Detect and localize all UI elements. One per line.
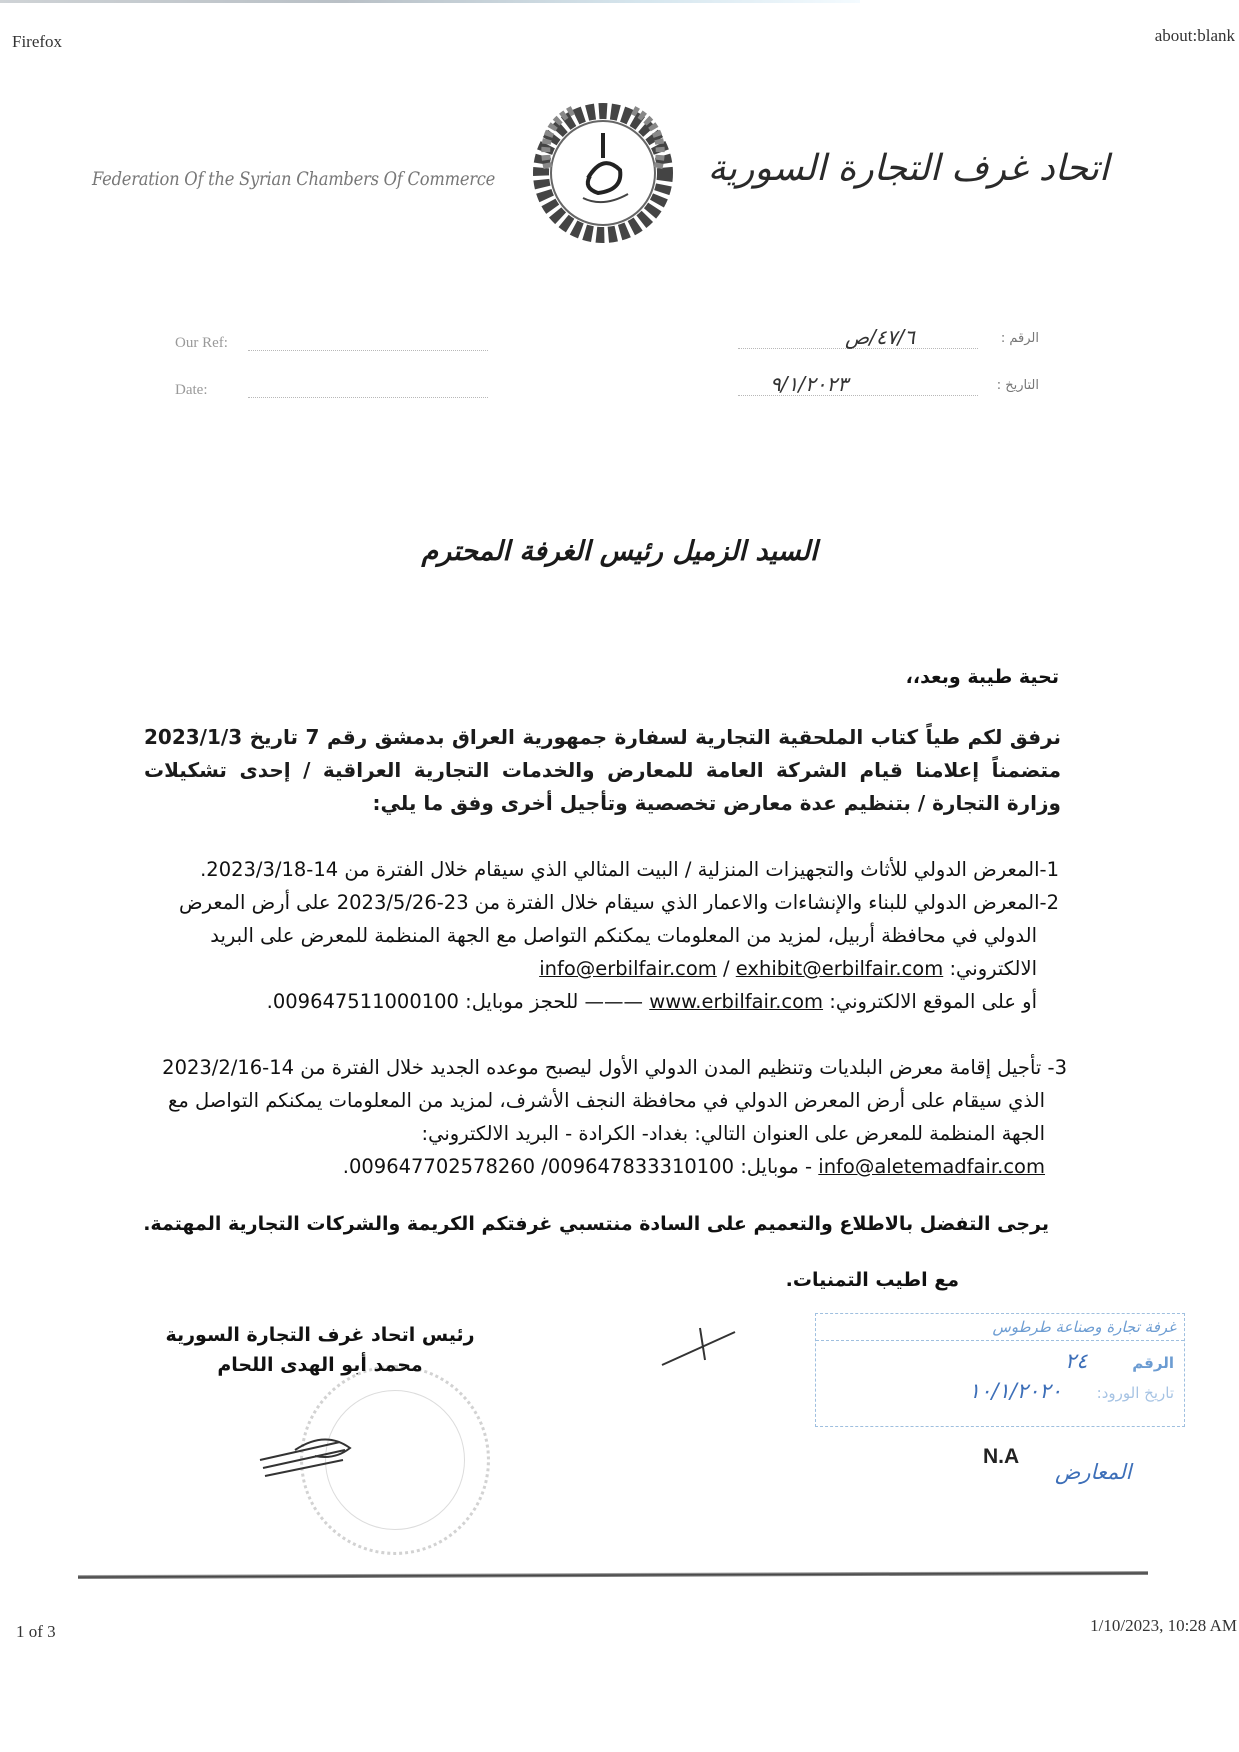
list-item-3-contacts: info@aletemadfair.com - موبايل: 00964783… [142,1150,1067,1183]
exhibitions-list: 1-المعرض الدولي للأثاث والتجهيزات المنزل… [150,853,1059,1018]
stamp-date-value: ١٠/١/٢٠٢٠ [969,1379,1062,1403]
list-item-2: 2-المعرض الدولي للبناء والإنشاءات والاعم… [150,886,1059,919]
received-stamp: غرفة تجارة وصناعة طرطوس الرقم ٢٤ تاريخ ا… [815,1313,1185,1427]
email-link-info[interactable]: info@erbilfair.com [539,952,717,985]
list-item-1: 1-المعرض الدولي للأثاث والتجهيزات المنزل… [150,853,1059,886]
browser-app-name: Firefox [12,32,62,52]
mobile-numbers: 009647833310100/ 009647702578260. [343,1155,734,1178]
our-ref-label: Our Ref: [175,335,228,352]
item-number: 2- [1040,891,1059,914]
footer-rule [78,1571,1148,1579]
list-item-2-cont: الدولي في محافظة أربيل، لمزيد من المعلوم… [150,919,1059,952]
list-item-2-emails: الالكتروني: exhibit@erbilfair.com / info… [150,952,1059,985]
scan-edge [0,0,860,3]
page-indicator: 1 of 3 [16,1622,56,1642]
item-text: تأجيل إقامة معرض البلديات وتنظيم المدن ا… [162,1056,1041,1079]
list-item-3-line2: الذي سيقام على أرض المعرض الدولي في محاف… [142,1084,1067,1117]
list-item-2-website: أو على الموقع الالكتروني: www.erbilfair.… [150,985,1059,1018]
website-label: أو على الموقع الالكتروني: [829,990,1037,1013]
email-separator: / [723,957,730,980]
mobile-label: - موبايل: [740,1155,812,1178]
stamp-number-row: الرقم ٢٤ [816,1341,1184,1373]
intro-paragraph: نرفق لكم طياً كتاب الملحقية التجارية لسف… [144,721,1061,820]
list-item-3-line3: الجهة المنظمة للمعرض على العنوان التالي:… [142,1117,1067,1150]
date-label: Date: [175,382,207,399]
stamp-header: غرفة تجارة وصناعة طرطوس [816,1314,1184,1341]
our-ref-line [248,350,488,351]
signature-block: رئيس اتحاد غرف التجارة السورية محمد أبو … [150,1320,490,1380]
date-value: ٩/١/٢٠٢٣ [770,372,848,396]
best-wishes: مع اطيب التمنيات. [786,1269,959,1291]
closing-request: يرجى التفضل بالاطلاع والتعميم على السادة… [143,1213,1049,1235]
email-link-exhibit[interactable]: exhibit@erbilfair.com [736,952,943,985]
salutation: السيد الزميل رئيس الغرفة المحترم [0,536,1239,567]
signature-scribble-icon [255,1420,365,1480]
booking-phone: 009647511000100. [267,990,459,1013]
list-item-3-line1: 3- تأجيل إقامة معرض البلديات وتنظيم المد… [142,1051,1067,1084]
initial-mark-icon [660,1320,740,1370]
stamp-date-row: تاريخ الورود: ١٠/١/٢٠٢٠ [816,1373,1184,1403]
date-line [248,397,488,398]
list-item-3: 3- تأجيل إقامة معرض البلديات وتنظيم المد… [142,1051,1067,1183]
ref-label-ar: الرقم : [1001,331,1039,346]
handwritten-note: المعارض [1055,1460,1131,1484]
print-timestamp: 1/10/2023, 10:28 AM [1090,1616,1237,1636]
browser-url: about:blank [1155,26,1235,46]
stamp-number-label: الرقم [1132,1354,1174,1372]
stamp-date-label: تاريخ الورود: [1097,1384,1174,1402]
greeting: تحية طيبة وبعد،، [906,666,1059,688]
letterhead-english-name: Federation Of the Syrian Chambers Of Com… [92,168,495,190]
federation-emblem-icon [528,98,678,248]
item-number: 1- [1040,858,1059,881]
date-label-ar: التاريخ : [997,378,1039,393]
ref-value: ٤٧/٦/ص [845,325,915,349]
booking-label: للحجز موبايل: [465,990,578,1013]
signatory-title: رئيس اتحاد غرف التجارة السورية [150,1320,490,1350]
item-text: المعرض الدولي للأثاث والتجهيزات المنزلية… [200,858,1039,881]
website-link[interactable]: www.erbilfair.com [649,985,823,1018]
stamp-number-value: ٢٤ [1065,1349,1088,1373]
initials: N.A [983,1445,1019,1469]
email-label: الالكتروني: [949,957,1037,980]
signatory-name: محمد أبو الهدى اللحام [150,1350,490,1380]
email-link-aletemad[interactable]: info@aletemadfair.com [818,1150,1045,1183]
item-number: 3- [1048,1056,1067,1079]
letterhead-arabic-name: اتحاد غرف التجارة السورية [708,148,1109,189]
item-text: المعرض الدولي للبناء والإنشاءات والاعمار… [179,891,1040,914]
dash-separator: ——— [585,990,644,1013]
